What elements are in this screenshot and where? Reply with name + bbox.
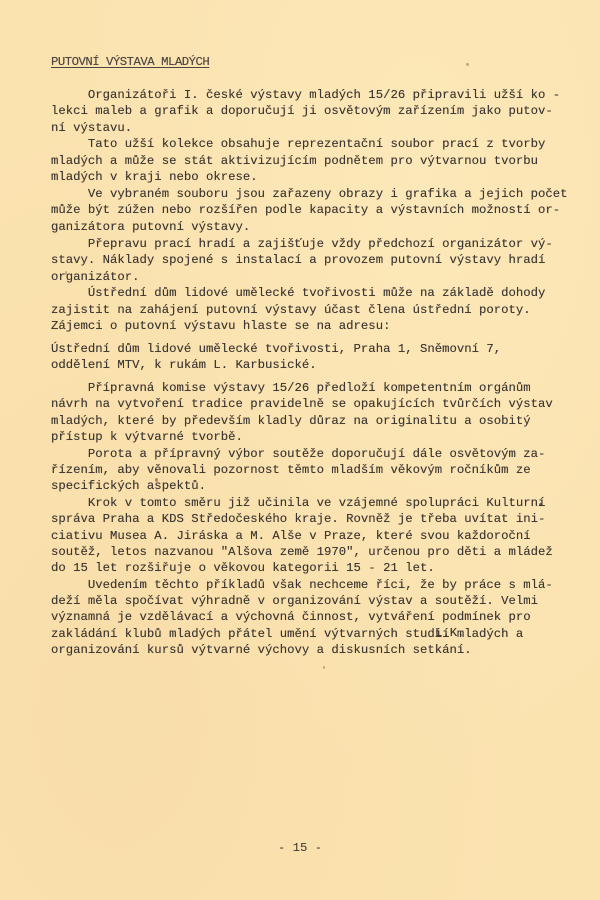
text-line: návrh na vytvoření tradice pravidelně se… [51, 397, 553, 411]
text-line: lekci maleb a grafik a doporučují ji osv… [51, 104, 553, 118]
paper-speck [323, 666, 325, 669]
text-line: Ústřední dům lidové umělecké tvořivosti … [51, 286, 545, 300]
text-line: oddělení MTV, k rukám L. Karbusické. [51, 358, 317, 372]
text-line: Organizátoři I. české výstavy mladých 15… [51, 88, 560, 102]
document-title: PUTOVNÍ VÝSTAVA MLADÝCH [51, 55, 209, 69]
text-line: správa Praha a KDS Středočeského kraje. … [51, 512, 545, 526]
paper-speck [539, 503, 542, 506]
paper-speck [155, 478, 158, 482]
text-line: ganizátora putovní výstavy. [51, 220, 250, 234]
text-line: významná je vzdělávací a výchovná činnos… [51, 610, 531, 624]
text-line: deží měla spočívat výhradně v organizová… [51, 594, 538, 608]
text-line: zajistit na zahájení putovní výstavy úča… [51, 303, 531, 317]
text-line: specifických aspektů. [51, 479, 206, 493]
document-page: PUTOVNÍ VÝSTAVA MLADÝCH Organizátoři I. … [0, 0, 600, 900]
paper-speck [466, 63, 469, 66]
text-line: organizování kursů výtvarné výchovy a di… [51, 643, 472, 657]
page-number: - 15 - [0, 841, 600, 855]
text-line: Přepravu prací hradí a zajišťuje vždy př… [51, 237, 553, 251]
text-line: Tato užší kolekce obsahuje reprezentační… [51, 137, 545, 151]
text-line: mladých a může se stát aktivizujícím pod… [51, 154, 538, 168]
text-line: mladých, které by především kladly důraz… [51, 414, 531, 428]
text-line: Uvedením těchto příkladů však nechceme ř… [51, 578, 553, 592]
text-line: Porota a přípravný výbor soutěže doporuč… [51, 447, 545, 461]
text-line: soutěž, letos nazvanou "Alšova země 1970… [51, 545, 553, 559]
paper-speck [65, 271, 67, 275]
text-line: mladých v kraji nebo okrese. [51, 170, 258, 184]
text-line: může být zúžen nebo rozšířen podle kapac… [51, 203, 560, 217]
text-line: Ústřední dům lidové umělecké tvořivosti,… [51, 342, 501, 356]
text-line: stavy. Náklady spojené s instalací a pro… [51, 253, 545, 267]
text-line: Přípravná komise výstavy 15/26 předloží … [51, 381, 531, 395]
text-line: ciativu Musea A. Jiráska a M. Alše v Pra… [51, 529, 531, 543]
text-line: přístup k výtvarné tvorbě. [51, 430, 243, 444]
text-line: do 15 let rozšiřuje o věkovou kategorii … [51, 561, 435, 575]
text-line: Krok v tomto směru již učinila ve vzájem… [51, 496, 545, 510]
text-line: ní výstavu. [51, 121, 132, 135]
text-line: Zájemci o putovní výstavu hlaste se na a… [51, 319, 390, 333]
text-line: Ve vybraném souboru jsou zařazeny obrazy… [51, 187, 568, 201]
text-line: řízením, aby věnovali pozornost těmto ml… [51, 463, 531, 477]
author-signature: L.K. [435, 626, 465, 640]
